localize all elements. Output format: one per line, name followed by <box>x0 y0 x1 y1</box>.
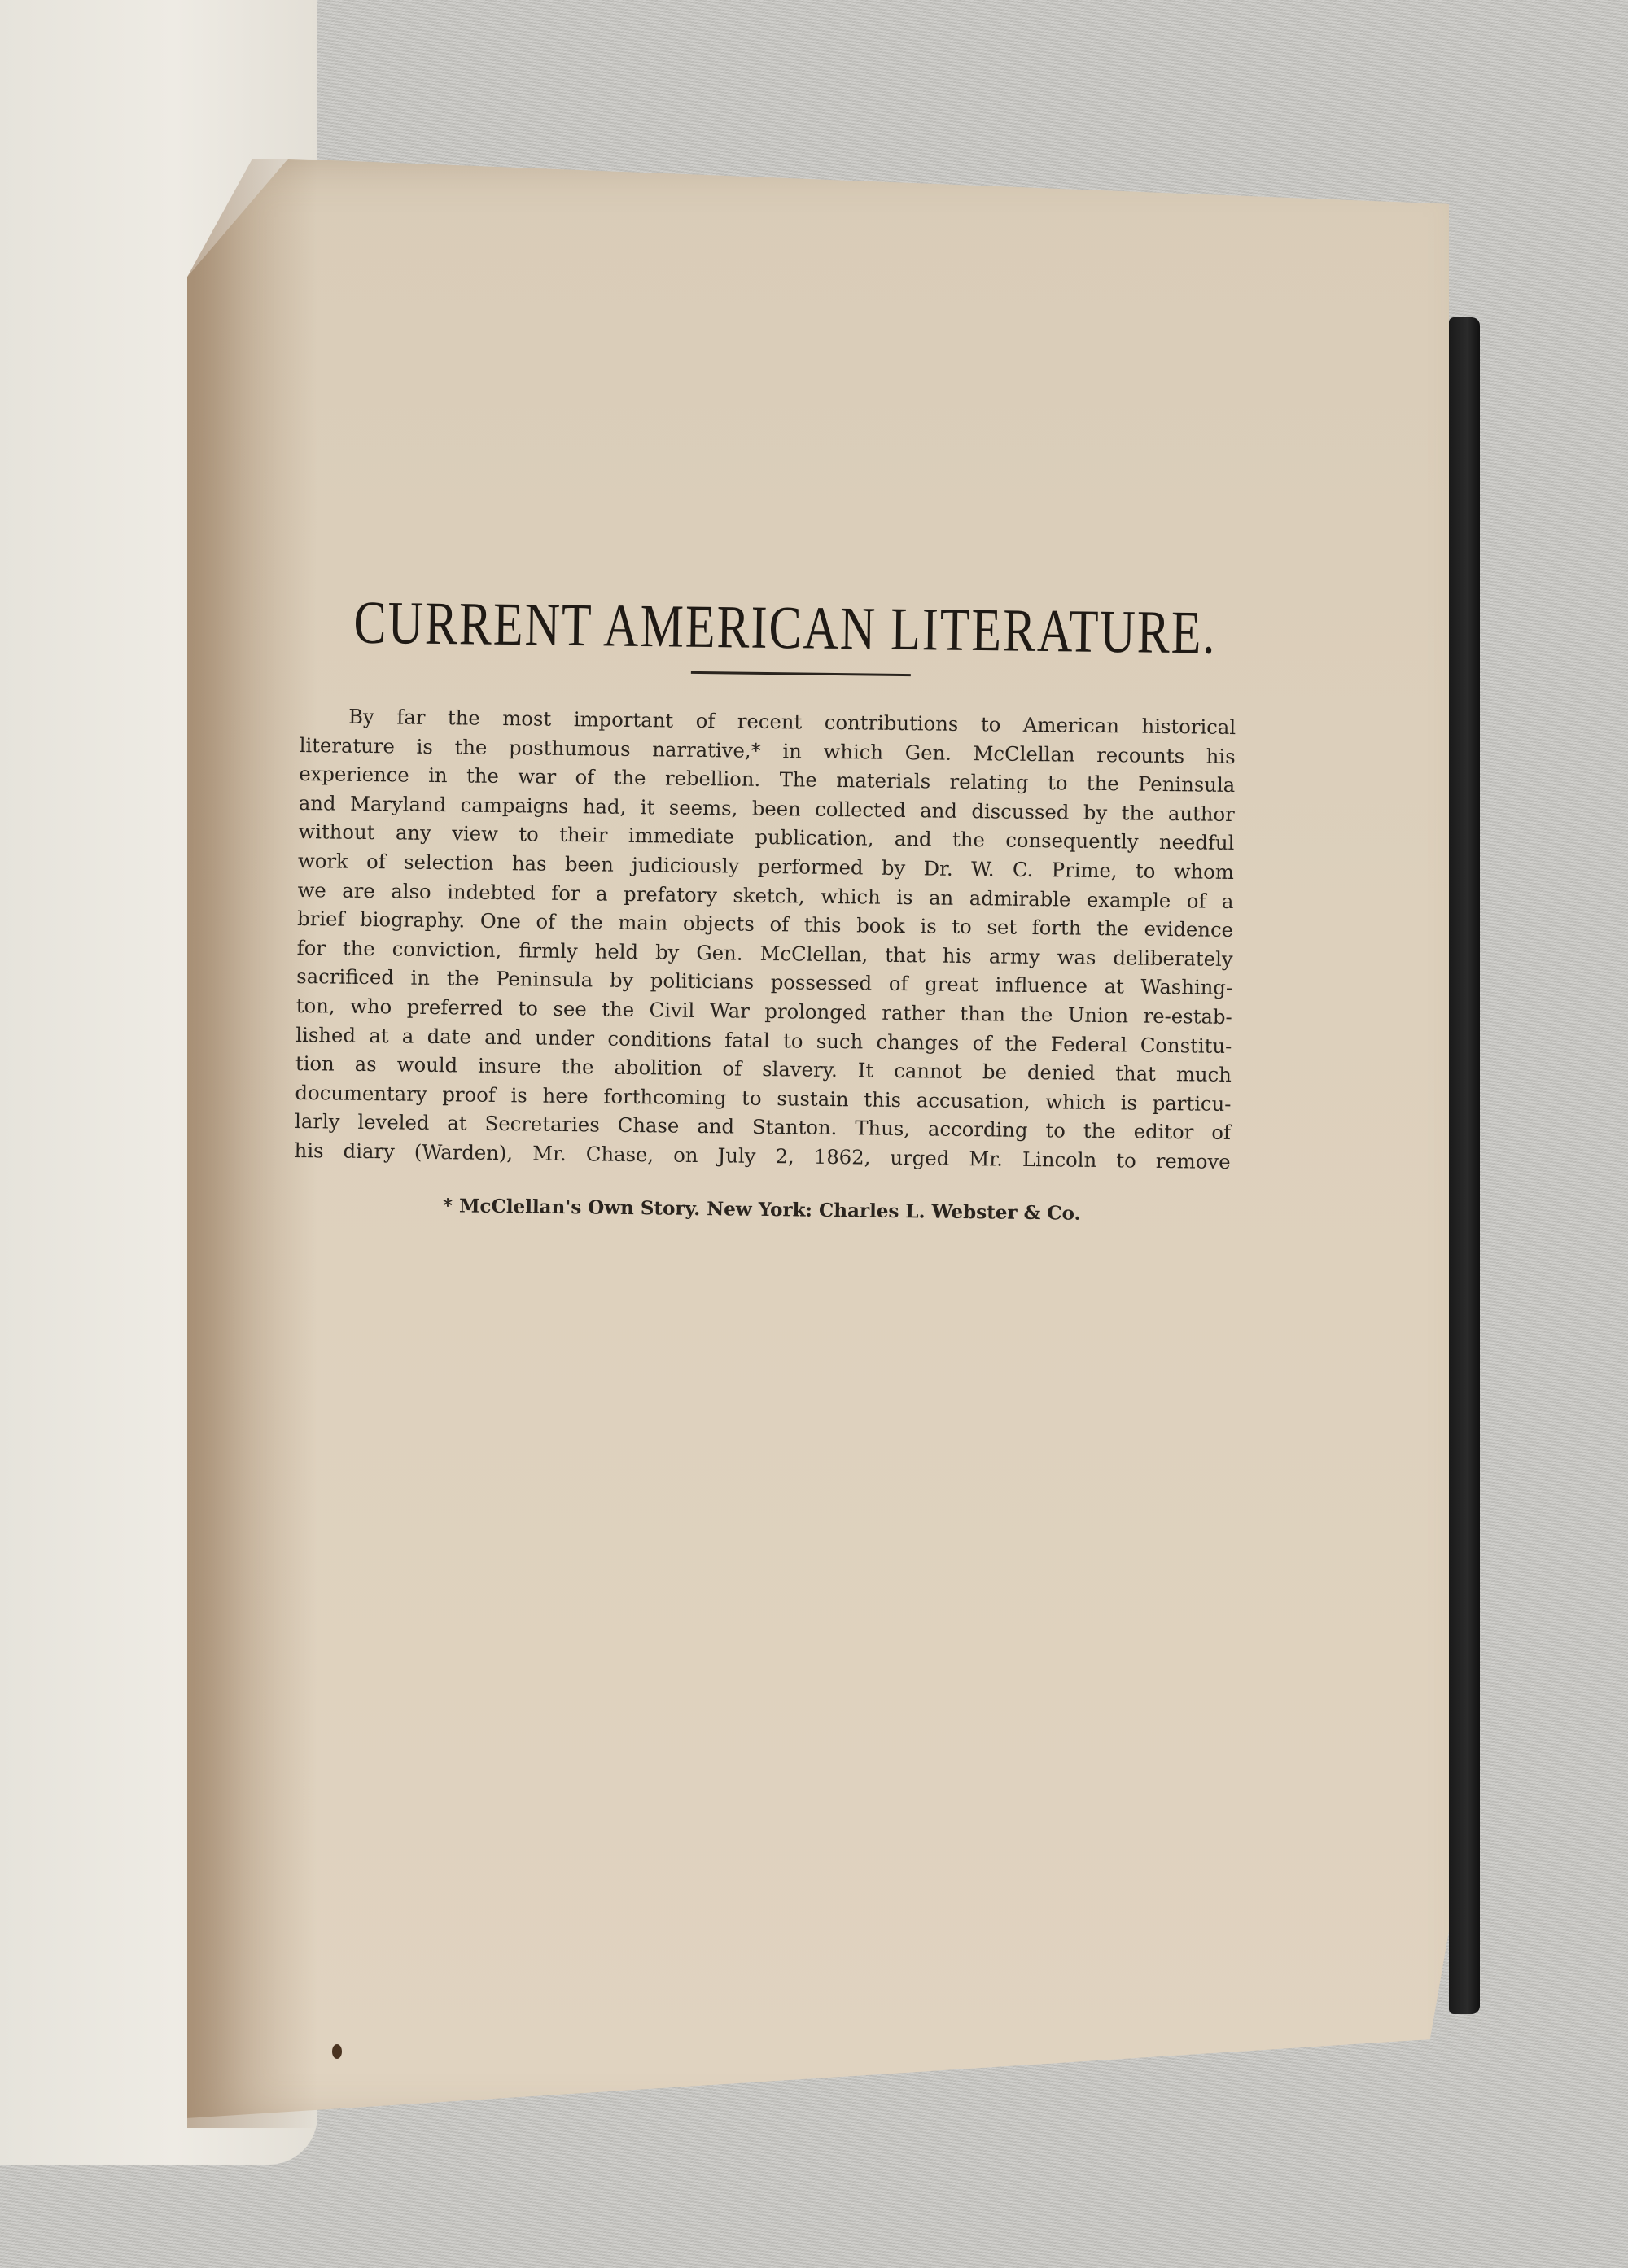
right-page-content: CURRENT AMERICAN LITERATURE. By far the … <box>294 594 1237 1226</box>
title-rule <box>691 671 911 676</box>
article-body: By far the most important of recent cont… <box>294 701 1236 1177</box>
book-cover-board <box>1449 317 1480 2014</box>
page-title: CURRENT AMERICAN LITERATURE. <box>333 588 1237 669</box>
foxing-spot <box>332 2044 342 2059</box>
